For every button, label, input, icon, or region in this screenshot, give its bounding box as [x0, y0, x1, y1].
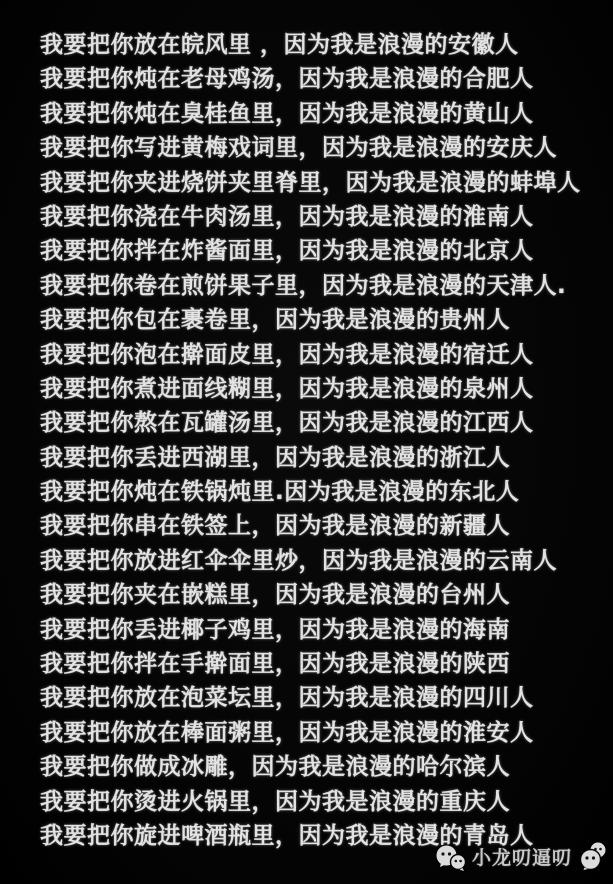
poem-line: 我要把你炖在臭桂鱼里，因为我是浪漫的黄山人	[40, 97, 613, 131]
poem-line: 我要把你做成冰雕，因为我是浪漫的哈尔滨人	[40, 750, 613, 784]
poem-line: 我要把你放在皖风里 ，因为我是浪漫的安徽人	[40, 28, 613, 62]
poem-line: 我要把你浇在牛肉汤里，因为我是浪漫的淮南人	[40, 200, 613, 234]
poem-line: 我要把你煮进面线糊里，因为我是浪漫的泉州人	[40, 372, 613, 406]
poem-line: 我要把你丢进西湖里，因为我是浪漫的浙江人	[40, 441, 613, 475]
poem-line: 我要把你放进红伞伞里炒，因为我是浪漫的云南人	[40, 544, 613, 578]
poem-line: 我要把你拌在手擀面里，因为我是浪漫的陕西	[40, 647, 613, 681]
poem-line: 我要把你放在棒面粥里，因为我是浪漫的淮安人	[40, 716, 613, 750]
poem-line: 我要把你写进黄梅戏词里，因为我是浪漫的安庆人	[40, 131, 613, 165]
poem-line: 我要把你夹进烧饼夹里脊里，因为我是浪漫的蚌埠人	[40, 166, 613, 200]
poem-line: 我要把你串在铁签上，因为我是浪漫的新疆人	[40, 509, 613, 543]
poem-line: 我要把你丢进椰子鸡里，因为我是浪漫的海南	[40, 613, 613, 647]
poem-line: 我要把你炖在铁锅炖里.因为我是浪漫的东北人	[40, 475, 613, 509]
poem-line: 我要把你夹在嵌糕里，因为我是浪漫的台州人	[40, 578, 613, 612]
poem-line: 我要把你烫进火锅里，因为我是浪漫的重庆人	[40, 785, 613, 819]
poem-line: 我要把你泡在擀面皮里，因为我是浪漫的宿迁人	[40, 338, 613, 372]
watermark-text: 小龙叨逼叨	[472, 847, 572, 869]
watermark: 小龙叨逼叨	[435, 844, 610, 872]
poem-line: 我要把你包在裹卷里，因为我是浪漫的贵州人	[40, 303, 613, 337]
wechat-bubbles-icon	[578, 842, 610, 870]
poem-text-block: 我要把你放在皖风里 ，因为我是浪漫的安徽人 我要把你炖在老母鸡汤，因为我是浪漫的…	[40, 28, 613, 853]
wechat-bubbles-icon	[435, 844, 467, 872]
poem-line: 我要把你熬在瓦罐汤里，因为我是浪漫的江西人	[40, 406, 613, 440]
poem-line: 我要把你拌在炸酱面里，因为我是浪漫的北京人	[40, 234, 613, 268]
poem-line: 我要把你卷在煎饼果子里，因为我是浪漫的天津人.	[40, 269, 613, 303]
poem-line: 我要把你炖在老母鸡汤，因为我是浪漫的合肥人	[40, 62, 613, 96]
poem-line: 我要把你放在泡菜坛里，因为我是浪漫的四川人	[40, 681, 613, 715]
